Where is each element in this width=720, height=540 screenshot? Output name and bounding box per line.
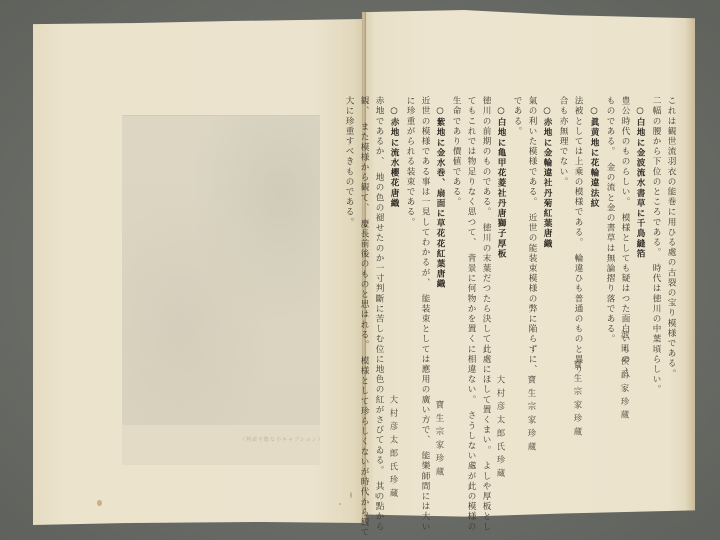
collection-credit: 大村彦太郎氏珍蔵 <box>496 375 506 482</box>
text-column: 生命であり價値である。 <box>451 96 461 207</box>
open-book: （判読不能な小キャプション） これは観世流羽衣の能巻に用ひる處の古裂の宝り模様で… <box>0 0 720 540</box>
plate-caption: （判読不能な小キャプション） <box>240 436 324 443</box>
section-heading: ○赤地に金輪違社丹菊紅葉唐織 <box>542 106 552 249</box>
text-column: 赤地であるか、 地の色の褪せたのか一寸判斷に苦しむ位に地色の紅がさびてゐる。 其… <box>374 96 384 532</box>
text-column: である。 <box>512 96 522 136</box>
text-column: ものである。 金の流と金の書草は無論摺り落である。 <box>605 96 615 344</box>
collection-credit: 大村彦太郎氏珍蔵 <box>389 395 399 502</box>
foxing-stain <box>350 492 352 498</box>
section-heading: ○白地に金波流水書草に千鳥縫箔 <box>635 106 645 259</box>
text-column: 大に珍重すべきものである。 <box>344 96 354 227</box>
foxing-stain <box>97 500 102 506</box>
text-column: 近世の模様である事は一見してわかるが、 能装束としては應用の廣い方で、 能樂師間… <box>420 96 430 532</box>
section-heading: ○眞黄地に花輪違法紋 <box>589 106 599 208</box>
text-column: 徳川の前期のものである。 徳川の末葉だつたら決して此處にほして置くまい。 よしや… <box>481 96 491 532</box>
collection-credit: 池田侯爵家珍蔵 <box>620 330 630 424</box>
section-heading: ○赤地に流水櫻花唐織 <box>389 106 399 208</box>
text-column: てもこれでは物足りなく思つて、 背景に何物かを置くに相違ない。 さうしない處が此… <box>466 96 476 532</box>
collection-credit: 寶生宗家珍蔵 <box>573 360 583 440</box>
foxing-stain <box>339 503 341 505</box>
text-column: これは観世流羽衣の能巻に用ひる處の古裂の宝り模様である。 <box>666 96 676 379</box>
text-column: 氣の利いた模様である。 近世の能装束模様の弊に陥らずに、 <box>527 96 537 375</box>
section-heading: ○白地に亀甲花菱社丹唐獅子厚板 <box>496 106 506 259</box>
text-column: に珍重がられる装束である。 <box>405 96 415 227</box>
illustration-plate <box>122 115 320 426</box>
text-column: 合も亦無理でない。 <box>558 96 568 187</box>
section-heading: ○紫地に金水巻、扇面に草花花紅葉唐織 <box>435 106 445 289</box>
text-column: 観、 また模様から観て、 慶長前後のものと思はれる。 模様として珍らしくないが時… <box>359 96 369 538</box>
text-column: 法被としては上乘の模様である。 輪違ひも普通のものと異り <box>573 96 583 375</box>
plate-caption-area <box>122 425 320 465</box>
collection-credit: 寶生宗家珍蔵 <box>527 375 537 455</box>
collection-credit: 寶生宗家珍蔵 <box>435 400 445 480</box>
text-column: 二幅の腰から下位のところである。 時代は徳川の中葉頃らしい。 <box>651 96 661 395</box>
